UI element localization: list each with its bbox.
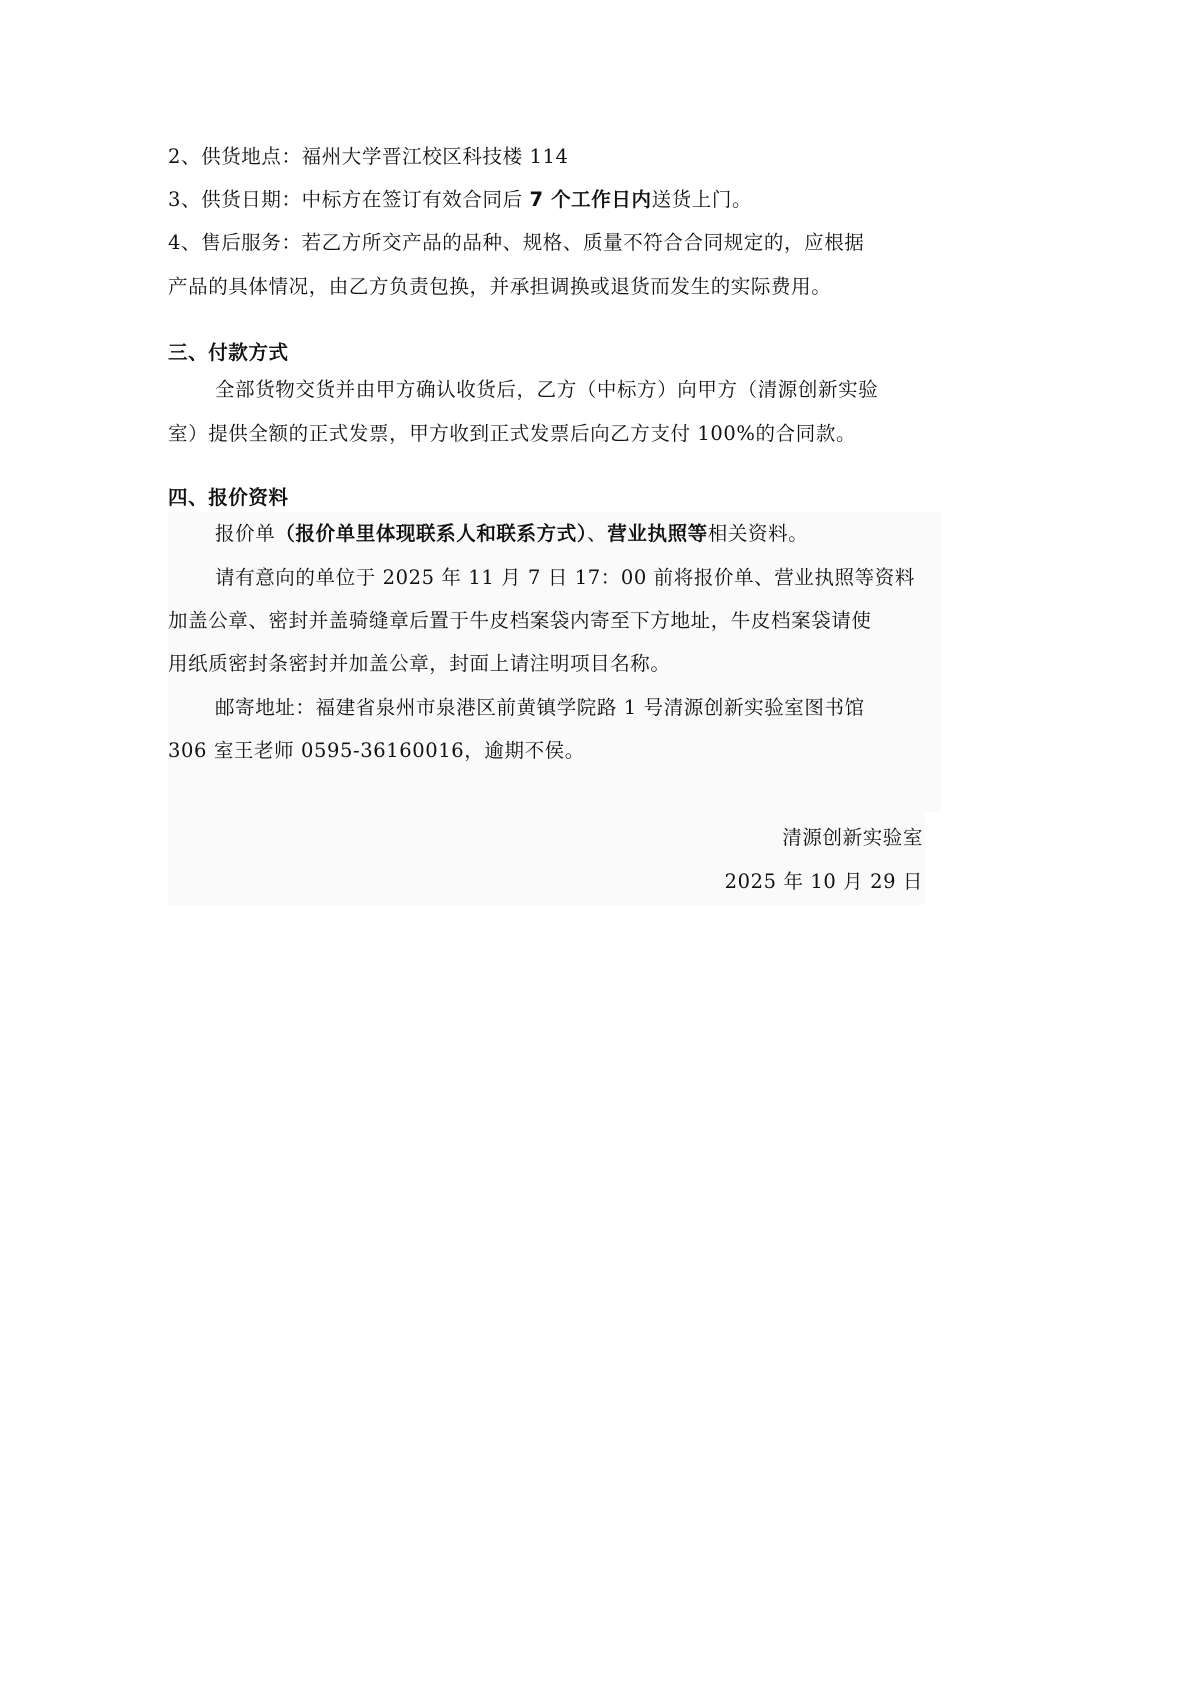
submission-deadline-line2: 加盖公章、密封并盖骑缝章后置于牛皮档案袋内寄至下方地址，牛皮档案袋请使 — [168, 608, 941, 634]
mailing-address-line1: 邮寄地址：福建省泉州市泉港区前黄镇学院路 1 号清源创新实验室图书馆 — [168, 695, 941, 721]
delivery-date-text: 3、供货日期：中标方在签订有效合同后 — [168, 188, 530, 211]
payment-method-heading: 三、付款方式 — [168, 340, 941, 366]
payment-method-line2: 室）提供全额的正式发票，甲方收到正式发票后向乙方支付 100%的合同款。 — [168, 421, 941, 447]
document-page: 2、供货地点：福州大学晋江校区科技楼 114 3、供货日期：中标方在签订有效合同… — [0, 0, 1191, 1684]
after-sales-item-line2: 产品的具体情况，由乙方负责包换，并承担调换或退货而发生的实际费用。 — [168, 274, 941, 300]
delivery-deadline-emphasis: 7 个工作日内 — [530, 188, 652, 211]
delivery-date-item: 3、供货日期：中标方在签订有效合同后 7 个工作日内送货上门。 — [168, 187, 941, 213]
materials-contact-emphasis: （报价单里体现联系人和联系方式） — [275, 522, 587, 545]
submission-deadline-line3: 用纸质密封条密封并加盖公章，封面上请注明项目名称。 — [168, 651, 941, 677]
payment-method-line1: 全部货物交货并由甲方确认收货后，乙方（中标方）向甲方（清源创新实验 — [168, 377, 941, 403]
materials-text-end: 相关资料。 — [708, 522, 809, 545]
signature-date: 2025 年 10 月 29 日 — [725, 869, 923, 895]
after-sales-item-line1: 4、售后服务：若乙方所交产品的品种、规格、质量不符合合同规定的，应根据 — [168, 230, 941, 256]
mailing-address-line2: 306 室王老师 0595-36160016，逾期不侯。 — [168, 738, 941, 764]
materials-text: 报价单 — [215, 522, 275, 545]
delivery-date-text-end: 送货上门。 — [652, 188, 753, 211]
delivery-location-item: 2、供货地点：福州大学晋江校区科技楼 114 — [168, 144, 941, 170]
materials-separator: 、 — [587, 522, 607, 545]
signature-organization: 清源创新实验室 — [782, 825, 923, 851]
materials-license-emphasis: 营业执照等 — [607, 522, 708, 545]
quotation-materials-heading: 四、报价资料 — [168, 485, 941, 511]
quotation-materials-line: 报价单（报价单里体现联系人和联系方式）、营业执照等相关资料。 — [168, 521, 941, 547]
submission-deadline-line1: 请有意向的单位于 2025 年 11 月 7 日 17：00 前将报价单、营业执… — [168, 565, 941, 591]
